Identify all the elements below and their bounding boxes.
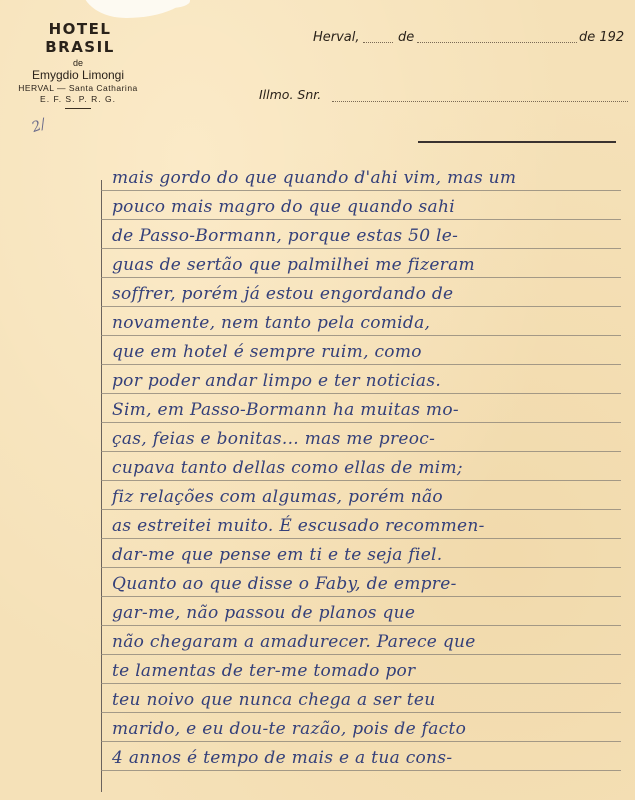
dateline-day-blank [363, 42, 393, 43]
handwritten-line: teu noivo que nunca chega a ser teu [112, 685, 632, 715]
dateline-city: Herval, [313, 30, 360, 45]
handwritten-line: pouco mais magro do que quando sahi [112, 192, 632, 222]
handwritten-line: gar-me, não passou de planos que [112, 598, 632, 628]
dateline-de: de [398, 30, 414, 45]
handwritten-line: guas de sertão que palmilhei me fizeram [112, 250, 632, 280]
handwritten-line: fiz relações com algumas, porém não [112, 482, 632, 512]
handwritten-line: ças, feias e bonitas... mas me preoc- [112, 424, 632, 454]
letterhead-rule [65, 108, 91, 109]
handwritten-line: as estreitei muito. É escusado recommen- [112, 511, 632, 541]
railway-line: E. F. S. P. R. G. [8, 94, 148, 104]
hotel-name: HOTEL BRASIL [12, 20, 148, 56]
margin-line [101, 180, 102, 792]
page-number: 2/ [30, 116, 48, 136]
handwritten-line: soffrer, porém já estou engordando de [112, 279, 632, 309]
handwritten-line: de Passo-Bormann, porque estas 50 le- [112, 221, 632, 251]
handwritten-line: dar-me que pense em ti e te seja fiel. [112, 540, 632, 570]
addressee-line: Illmo. Snr. [259, 87, 321, 102]
handwritten-line: que em hotel é sempre ruim, como [112, 337, 632, 367]
handwritten-line: Quanto ao que disse o Faby, de empre- [112, 569, 632, 599]
handwritten-line: mais gordo do que quando d'ahi vim, mas … [112, 163, 632, 193]
letterhead-de: de [8, 58, 148, 68]
dateline: Herval, de de 192 [313, 30, 628, 46]
hotel-location: HERVAL — Santa Catharina [8, 83, 148, 93]
handwritten-line: não chegaram a amadurecer. Parece que [112, 627, 632, 657]
addressee-blank [332, 101, 628, 102]
handwritten-line: te lamentas de ter-me tomado por [112, 656, 632, 686]
handwritten-line: novamente, nem tanto pela comida, [112, 308, 632, 338]
hotel-owner: Emygdio Limongi [8, 68, 148, 82]
addressee-label: Illmo. Snr. [259, 87, 321, 102]
letterhead: HOTEL BRASIL de Emygdio Limongi HERVAL —… [8, 20, 148, 109]
handwritten-line: marido, e eu dou-te razão, pois de facto [112, 714, 632, 744]
handwritten-line: por poder andar limpo e ter noticias. [112, 366, 632, 396]
letter-page: HOTEL BRASIL de Emygdio Limongi HERVAL —… [0, 0, 635, 800]
dateline-month-blank [417, 42, 577, 43]
header-rule [418, 141, 616, 143]
dateline-year: de 192 [579, 30, 624, 45]
handwritten-line: 4 annos é tempo de mais e a tua cons- [112, 743, 632, 773]
handwritten-line: Sim, em Passo-Bormann ha muitas mo- [112, 395, 632, 425]
handwritten-line: cupava tanto dellas como ellas de mim; [112, 453, 632, 483]
